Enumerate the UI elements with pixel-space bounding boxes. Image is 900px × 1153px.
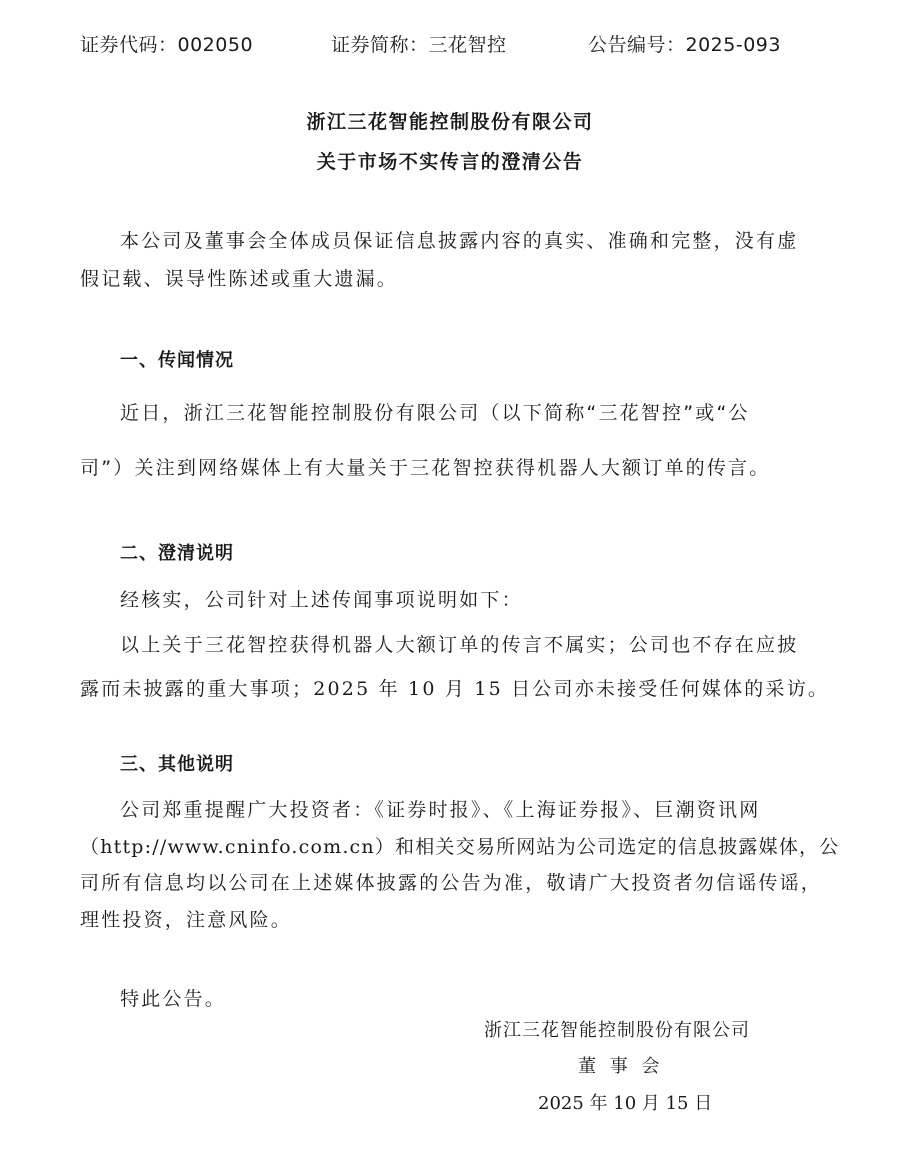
stock-short-name: 证券简称：三花智控 — [331, 30, 507, 57]
section-3-line-2: （http://www.cninfo.com.cn）和相关交易所网站为公司选定的… — [80, 832, 839, 859]
announcement-subject: 关于市场不实传言的澄清公告 — [0, 147, 900, 174]
section-2-heading: 二、澄清说明 — [120, 539, 234, 565]
section-2-line-2: 以上关于三花智控获得机器人大额订单的传言不属实；公司也不存在应披 — [120, 630, 798, 657]
stock-code: 证券代码：002050 — [80, 30, 253, 57]
section-1-heading: 一、传闻情况 — [120, 346, 234, 372]
section-1-line-1: 近日，浙江三花智能控制股份有限公司（以下简称“三花智控”或“公 — [120, 398, 750, 425]
signature-company: 浙江三花智能控制股份有限公司 — [484, 1016, 750, 1042]
statement-line-1: 本公司及董事会全体成员保证信息披露内容的真实、准确和完整，没有虚 — [120, 226, 798, 253]
section-3-line-3: 司所有信息均以公司在上述媒体披露的公告为准，敬请广大投资者勿信谣传谣， — [80, 868, 822, 895]
signature-board: 董 事 会 — [578, 1052, 663, 1078]
section-2-line-3: 露而未披露的重大事项；2025 年 10 月 15 日公司亦未接受任何媒体的采访… — [80, 674, 829, 701]
closing-statement: 特此公告。 — [120, 984, 226, 1011]
section-3-line-4: 理性投资，注意风险。 — [80, 905, 292, 932]
section-1-line-2: 司”）关注到网络媒体上有大量关于三花智控获得机器人大额订单的传言。 — [80, 453, 770, 480]
section-2-line-1: 经核实，公司针对上述传闻事项说明如下： — [120, 585, 523, 612]
signature-date: 2025 年 10 月 15 日 — [538, 1089, 712, 1115]
company-title: 浙江三花智能控制股份有限公司 — [0, 107, 900, 134]
section-3-line-1: 公司郑重提醒广大投资者：《证券时报》、《上海证券报》、巨潮资讯网 — [120, 795, 760, 822]
statement-line-2: 假记载、误导性陈述或重大遗漏。 — [80, 264, 398, 291]
section-3-heading: 三、其他说明 — [120, 750, 234, 776]
announcement-number: 公告编号：2025-093 — [588, 30, 781, 57]
